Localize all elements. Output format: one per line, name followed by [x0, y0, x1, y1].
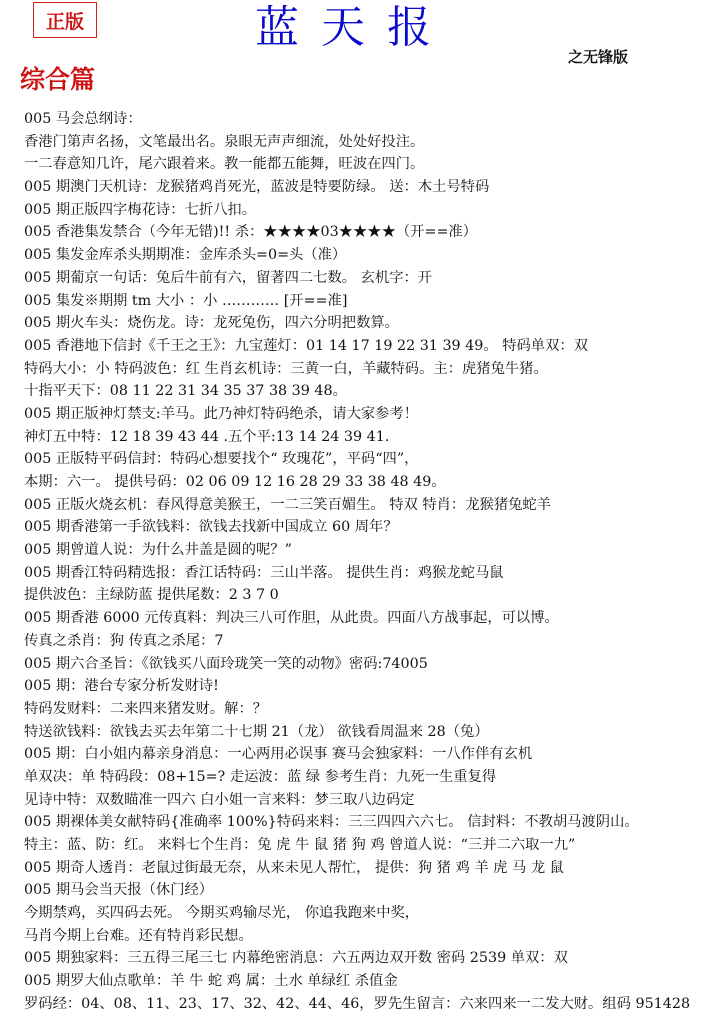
text-line: 005 香港地下信封《千王之王》：九宝莲灯：01 14 17 19 22 31 … — [24, 335, 724, 358]
text-line: 香港门第声名扬，文笔最出名。泉眼无声声细流，处处好投注。 — [24, 131, 724, 154]
text-line: 005 香港集发禁合（今年无错)!! 杀：★★★★03★★★★（开==准） — [24, 221, 724, 244]
text-line: 005 期六合圣旨：《欲钱买八面玲珑笑一笑的动物》密码:74005 — [24, 653, 724, 676]
text-line: 005 期澳门天机诗：龙猴猪鸡肖死光，蓝波是特要防绿。 送：木土号特码 — [24, 176, 724, 199]
text-line: 005 马会总纲诗： — [24, 108, 724, 131]
text-line: 005 期罗大仙点歌单：羊 牛 蛇 鸡 属：土水 单绿红 杀值金 — [24, 970, 724, 993]
text-line: 罗码经：04、08、11、23、17、32、42、44、46，罗先生留言：六来四… — [24, 993, 724, 1016]
text-line: 005 期：港台专家分析发财诗! — [24, 675, 724, 698]
text-line: 005 期独家料：三五得三尾三七 内幕绝密消息：六五两边双开数 密码 2539 … — [24, 947, 724, 970]
text-line: 特码大小：小 特码波色：红 生肖玄机诗：三黄一白，羊藏特码。主：虎猪兔牛猪。 — [24, 358, 724, 381]
text-line: 一二春意知几许，尾六跟着来。教一能都五能舞，旺波在四门。 — [24, 153, 724, 176]
text-line: 今期禁鸡，买四码去死。 今期买鸡输尽光， 你追我跑来中奖， — [24, 902, 724, 925]
authentic-stamp: 正版 — [33, 2, 97, 38]
text-line: 005 期：白小姐内幕亲身消息：一心两用必误事 赛马会独家料：一八作伴有玄机 — [24, 743, 724, 766]
text-line: 马肖今期上台难。还有特肖彩民想。 — [24, 925, 724, 948]
text-line: 神灯五中特：12 18 39 43 44 .五个平:13 14 24 39 41… — [24, 426, 724, 449]
text-line: 005 集发※期期 tm 大小 ：小 ………… [开==准] — [24, 290, 724, 313]
text-line: 005 期马会当天报（休门经） — [24, 879, 724, 902]
text-line: 005 期正版四字梅花诗：七折八扣。 — [24, 199, 724, 222]
text-line: 005 期曾道人说：为什么井盖是圆的呢？” — [24, 539, 724, 562]
text-line: 十指平天下：08 11 22 31 34 35 37 38 39 48。 — [24, 380, 724, 403]
text-line: 提供波色：主绿防蓝 提供尾数：2 3 7 0 — [24, 584, 724, 607]
text-line: 005 期奇人透肖：老鼠过街最无奈，从来未见人帮忙， 提供：狗 猪 鸡 羊 虎 … — [24, 857, 724, 880]
text-line: 见诗中特：双数瞄准一四六 白小姐一言来料：梦三取八边码定 — [24, 789, 724, 812]
text-line: 单双决：单 特码段：08+15=? 走运波：蓝 绿 参考生肖：九死一生重复得 — [24, 766, 724, 789]
text-line: 特送欲钱料：欲钱去买去年第二十七期 21（龙） 欲钱看周温来 28（兔） — [24, 721, 724, 744]
text-line: 005 期正版神灯禁支:羊马。此乃神灯特码绝杀，请大家参考！ — [24, 403, 724, 426]
text-line: 005 期火车头：烧伤龙。诗：龙死兔伤，四六分明把数算。 — [24, 312, 724, 335]
edition-label: 之无锋版 — [568, 46, 628, 67]
section-title: 综合篇 — [20, 60, 95, 96]
text-line: 005 集发金库杀头期期准：金库杀头=0=头（准） — [24, 244, 724, 267]
text-line: 005 期香港 6000 元传真料：判决三八可作胆，从此贵。四面八方战事起，可以… — [24, 607, 724, 630]
text-line: 005 期香港第一手欲钱料：欲钱去找新中国成立 60 周年？ — [24, 516, 724, 539]
text-line: 005 期葡京一句话：兔后牛前有六，留著四二七数。 玄机字：开 — [24, 267, 724, 290]
content-lines: 005 马会总纲诗：香港门第声名扬，文笔最出名。泉眼无声声细流，处处好投注。一二… — [24, 108, 724, 1016]
text-line: 005 期香江特码精选报：香江话特码：三山半落。 提供生肖：鸡猴龙蛇马鼠 — [24, 562, 724, 585]
text-line: 特码发财料：二来四来猪发财。解：？ — [24, 698, 724, 721]
text-line: 005 正版火烧玄机：春风得意美猴王，一二三笑百媚生。 特双 特肖：龙猴猪兔蛇羊 — [24, 494, 724, 517]
text-line: 005 正版特平码信封：特码心想要找个“ 玫瑰花”，平码“四”， — [24, 448, 724, 471]
text-line: 特主：蓝、防：红。 来料七个生肖：兔 虎 牛 鼠 猪 狗 鸡 曾道人说：“三并二… — [24, 834, 724, 857]
page-title: 蓝天报 — [255, 0, 455, 56]
text-line: 传真之杀肖：狗 传真之杀尾：7 — [24, 630, 724, 653]
text-line: 本期：六一。 提供号码：02 06 09 12 16 28 29 33 38 4… — [24, 471, 724, 494]
text-line: 005 期裸体美女献特码{准确率 100%}特码来料：三三四四六六七。 信封料：… — [24, 811, 724, 834]
